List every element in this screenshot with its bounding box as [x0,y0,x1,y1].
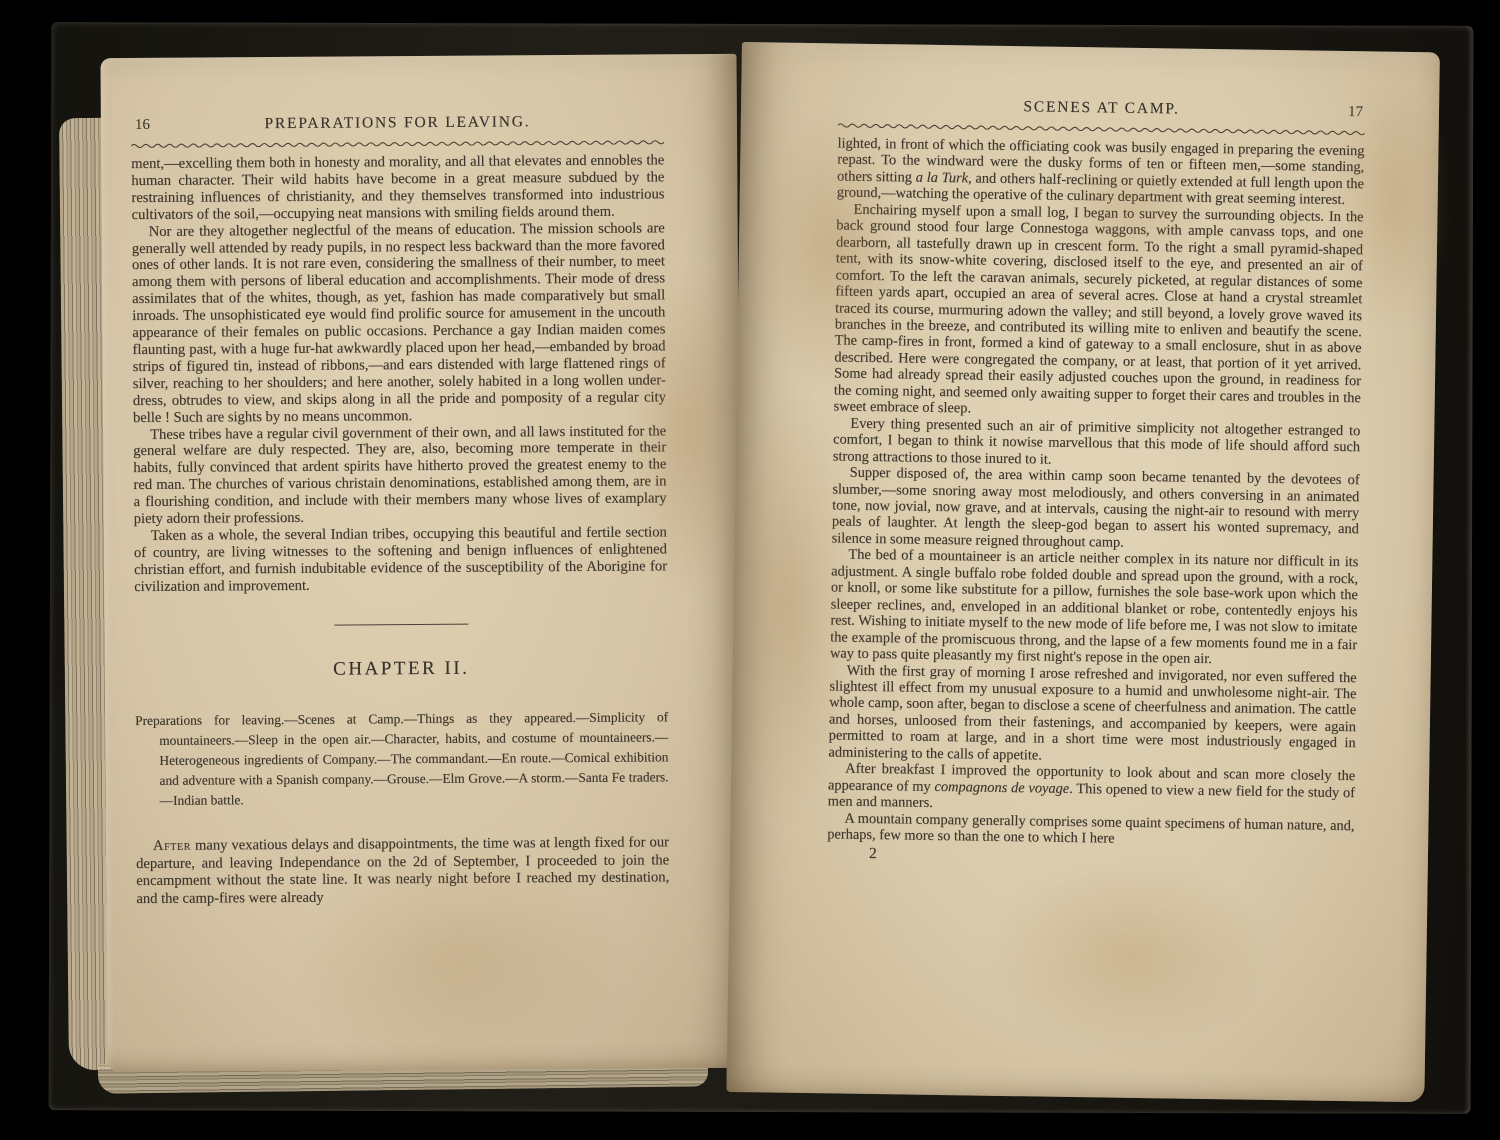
paragraph: Taken as a whole, the several Indian tri… [134,524,667,595]
left-header-rule [131,138,664,148]
left-page-number: 16 [135,117,150,134]
right-running-header: SCENES AT CAMP. [838,95,1365,121]
left-page: 16 PREPARATIONS FOR LEAVING. ment,—excel… [100,54,743,1072]
chapter-heading: CHAPTER II. [135,659,668,680]
paragraph: Nor are they altogether neglectful of th… [132,220,666,427]
right-page-header: SCENES AT CAMP. 17 [838,95,1365,125]
right-page: SCENES AT CAMP. 17 lighted, in front of … [726,42,1439,1102]
paragraph: ment,—excelling them both in honesty and… [131,152,664,223]
right-page-body: lighted, in front of which the officiati… [827,135,1365,870]
left-page-body: ment,—excelling them both in honesty and… [131,152,669,908]
paragraph: A mountain company generally comprises s… [827,810,1354,851]
paragraph: Every thing presented such an air of pri… [833,415,1361,472]
opening-paragraph-text: many vexatious delays and disappointment… [136,835,669,907]
chapter-opening-paragraph: After many vexatious delays and disappoi… [136,835,669,909]
chapter-summary: Preparations for leaving.—Scenes at Camp… [135,708,669,811]
left-running-header: PREPARATIONS FOR LEAVING. [131,112,664,134]
left-page-header: 16 PREPARATIONS FOR LEAVING. [131,112,664,138]
italic-phrase: a la Turk [916,169,969,186]
paragraph: Supper disposed of, the area within camp… [832,464,1360,554]
paragraph: After breakfast I improved the opportuni… [828,761,1356,818]
paragraph: Enchairing myself upon a small log, I be… [833,201,1363,423]
italic-phrase: compagnons de voyage [934,779,1069,797]
lead-word: After [153,838,191,854]
section-divider-rule [334,623,468,625]
paragraph: With the first gray of morning I arose r… [828,662,1356,769]
paragraph: lighted, in front of which the officiati… [837,135,1365,209]
right-page-number: 17 [1348,104,1363,121]
paragraph: These tribes have a regular civil govern… [133,423,667,528]
paragraph: The bed of a mountaineer is an article n… [830,547,1359,670]
